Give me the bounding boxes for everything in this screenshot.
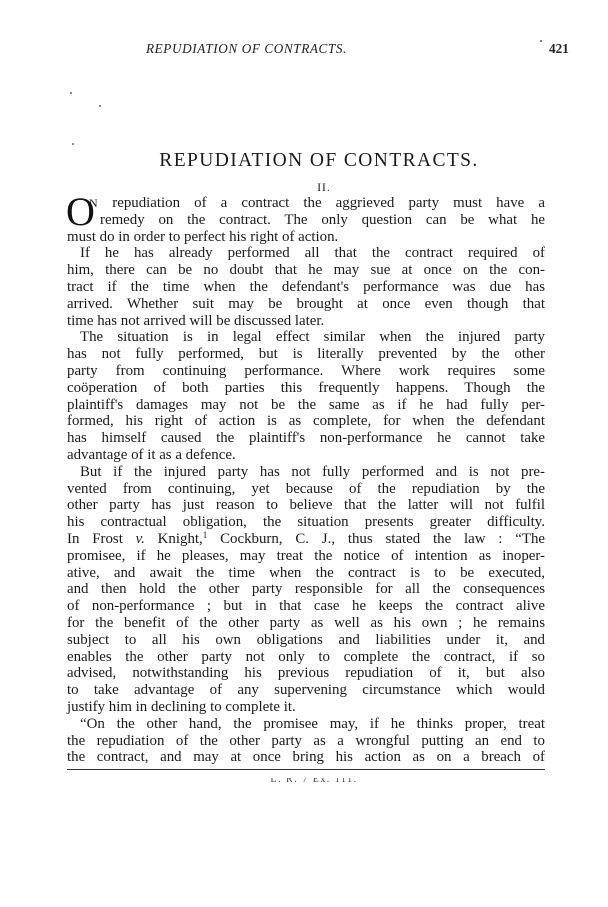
text-line: has himself caused the plaintiff's non-p…	[67, 430, 545, 447]
text-line: his contractual obligation, the situatio…	[67, 514, 545, 531]
text-line: must do in order to perfect his right of…	[67, 229, 545, 246]
page-number: 421	[549, 41, 569, 57]
text-line: to take advantage of any supervening cir…	[67, 682, 545, 699]
text-line: formed, his right of action is as comple…	[67, 413, 545, 430]
text-line: him, there can be no doubt that he may s…	[67, 262, 545, 279]
paragraph-1: O N repudiation of a contract the aggrie…	[67, 195, 545, 245]
text-line: the repudiation of the other party as a …	[67, 733, 545, 750]
paragraph-3: The situation is in legal effect similar…	[67, 329, 545, 463]
text-line: promisee, if he pleases, may treat the n…	[67, 548, 545, 565]
paragraph-2: If he has already performed all that the…	[67, 245, 545, 329]
drop-cap: O	[66, 195, 95, 229]
print-speck	[540, 40, 542, 42]
text-line: enables the other party not only to comp…	[67, 649, 545, 666]
footnote-rule	[67, 769, 545, 770]
text-line: But if the injured party has not fully p…	[67, 464, 545, 481]
article-body: O N repudiation of a contract the aggrie…	[67, 195, 545, 766]
print-speck	[70, 92, 72, 94]
paragraph-5: “On the other hand, the promisee may, if…	[67, 716, 545, 766]
text-line: of non-performance ; but in that case he…	[67, 598, 545, 615]
footnote-text: L. R. 7 Ex. 111.	[270, 774, 357, 785]
text-line: advantage of it as a defence.	[67, 447, 545, 464]
versus-abbrev: v.	[136, 531, 145, 547]
running-head-title: REPUDIATION OF CONTRACTS.	[146, 41, 347, 57]
text-line: tract if the time when the defendant's p…	[67, 279, 545, 296]
print-speck	[99, 105, 101, 107]
text-line: party from continuing performance. Where…	[67, 363, 545, 380]
text-line: and then hold the other party responsibl…	[67, 581, 545, 598]
text-line: ative, and await the time when the contr…	[67, 565, 545, 582]
text-line: other party has just reason to believe t…	[67, 497, 545, 514]
text-line: remedy on the contract. The only questio…	[67, 212, 545, 229]
text-line: If he has already performed all that the…	[67, 245, 545, 262]
article-title: REPUDIATION OF CONTRACTS.	[0, 150, 608, 172]
text-line: vented from continuing, yet because of t…	[67, 481, 545, 498]
text-line: advised, notwithstanding his previous re…	[67, 665, 545, 682]
text-line: The situation is in legal effect similar…	[67, 329, 545, 346]
text-line: “On the other hand, the promisee may, if…	[67, 716, 545, 733]
text-line: subject to all his own obligations and l…	[67, 632, 545, 649]
text-line: time has not arrived will be discussed l…	[67, 313, 545, 330]
footnote: 1 L. R. 7 Ex. 111.	[0, 774, 608, 785]
text-line: justify him in declining to complete it.	[67, 699, 545, 716]
footnote-marker: 1	[260, 769, 266, 779]
text-line: plaintiff's damages may not be the same …	[67, 397, 545, 414]
text-line: arrived. Whether suit may be brought at …	[67, 296, 545, 313]
text-line: the contract, and may at once bring his …	[67, 749, 545, 766]
case-citation-line: In Frost v. Knight,1 Cockburn, C. J., th…	[67, 531, 545, 548]
text-line: coöperation of both parties this frequen…	[67, 380, 545, 397]
print-speck	[72, 143, 74, 145]
text-line: has not fully performed, but is literall…	[67, 346, 545, 363]
paragraph-4: But if the injured party has not fully p…	[67, 464, 545, 716]
text-line: N repudiation of a contract the aggrieve…	[67, 195, 545, 212]
text-line: for the benefit of the other party as we…	[67, 615, 545, 632]
